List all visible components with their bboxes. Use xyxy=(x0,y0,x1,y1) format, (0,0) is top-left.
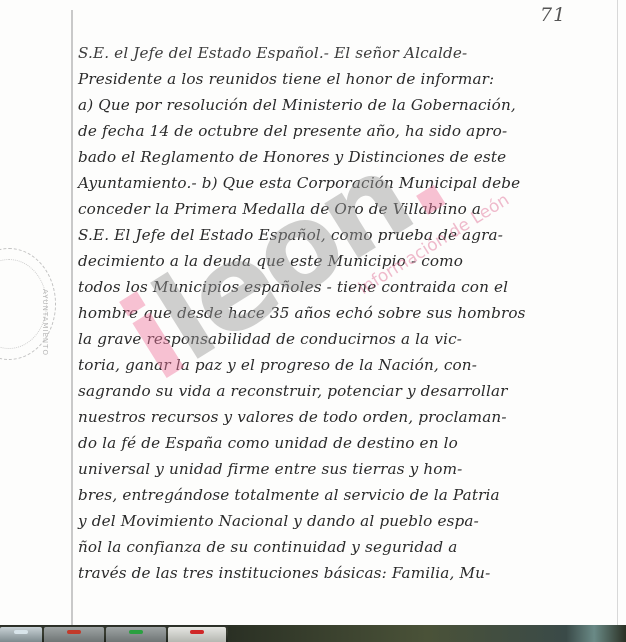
app-icon xyxy=(67,630,81,634)
text-line: todos los Municipios españoles - tiene c… xyxy=(78,274,623,300)
text-line: decimiento a la deuda que este Municipio… xyxy=(78,248,623,274)
margin-rule xyxy=(71,10,73,625)
scanned-document-page: 71 AYUNTAMIENTO S.E. el Jefe del Estado … xyxy=(0,0,626,625)
text-line: S.E. el Jefe del Estado Español.- El señ… xyxy=(78,40,623,66)
text-line: Presidente a los reunidos tiene el honor… xyxy=(78,66,623,92)
text-line: do la fé de España como unidad de destin… xyxy=(78,430,623,456)
text-line: Ayuntamiento.- b) Que esta Corporación M… xyxy=(78,170,623,196)
official-seal-stamp: AYUNTAMIENTO xyxy=(0,248,56,360)
app-icon xyxy=(190,630,204,634)
text-line: universal y unidad firme entre sus tierr… xyxy=(78,456,623,482)
text-line: bres, entregándose totalmente al servici… xyxy=(78,482,623,508)
os-taskbar xyxy=(0,625,626,642)
text-line: de fecha 14 de octubre del presente año,… xyxy=(78,118,623,144)
text-line: nuestros recursos y valores de todo orde… xyxy=(78,404,623,430)
taskbar-button-3[interactable] xyxy=(106,627,166,642)
taskbar-button-4[interactable] xyxy=(168,627,226,642)
text-line: hombre que desde hace 35 años echó sobre… xyxy=(78,300,623,326)
text-line: conceder la Primera Medalla de Oro de Vi… xyxy=(78,196,623,222)
text-line: sagrando su vida a reconstruir, potencia… xyxy=(78,378,623,404)
text-line: la grave responsabilidad de conducirnos … xyxy=(78,326,623,352)
handwritten-minutes-text: S.E. el Jefe del Estado Español.- El señ… xyxy=(78,40,623,586)
text-line: toria, ganar la paz y el progreso de la … xyxy=(78,352,623,378)
app-icon xyxy=(14,630,28,634)
text-line: ñol la confianza de su continuidad y seg… xyxy=(78,534,623,560)
text-line: y del Movimiento Nacional y dando al pue… xyxy=(78,508,623,534)
taskbar-button-2[interactable] xyxy=(44,627,104,642)
text-line: a) Que por resolución del Ministerio de … xyxy=(78,92,623,118)
taskbar-button-1[interactable] xyxy=(0,627,42,642)
app-icon xyxy=(129,630,143,634)
text-line: través de las tres instituciones básicas… xyxy=(78,560,623,586)
stamp-text: AYUNTAMIENTO xyxy=(41,289,49,356)
text-line: bado el Reglamento de Honores y Distinci… xyxy=(78,144,623,170)
page-number: 71 xyxy=(540,4,566,26)
taskbar-background xyxy=(228,625,626,642)
text-line: S.E. El Jefe del Estado Español, como pr… xyxy=(78,222,623,248)
